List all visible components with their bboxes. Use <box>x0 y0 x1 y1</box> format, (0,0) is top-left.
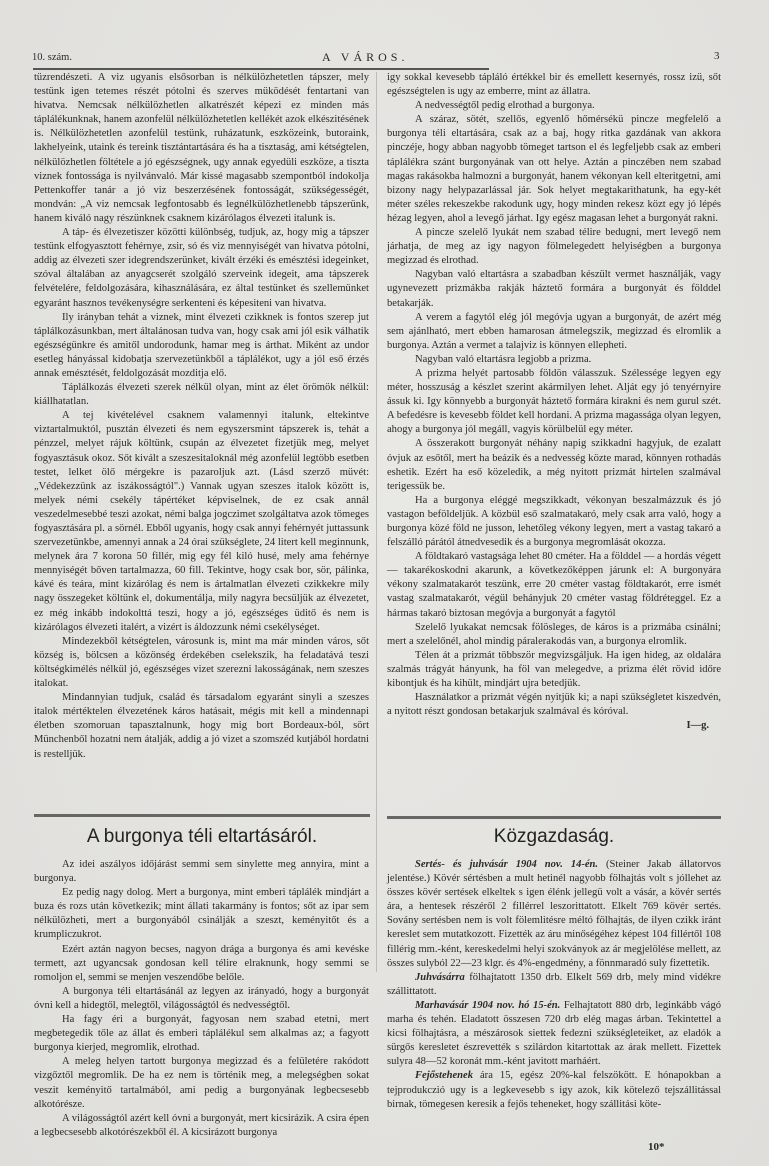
paragraph: Ezért aztán nagyon becses, nagyon drága … <box>34 943 369 985</box>
paragraph: Az idei aszályos időjárást semmi sem sin… <box>34 858 369 886</box>
paragraph: tüzrendészeti. A viz ugyanis elsősorban … <box>34 71 369 226</box>
left-column: tüzrendészeti. A viz ugyanis elsősorban … <box>34 71 369 762</box>
article-title-kozgazdasag: Közgazdaság. <box>387 826 721 848</box>
author-signature: I—g. <box>387 719 721 733</box>
paragraph: Nagyban való eltartásra a szabadban kész… <box>387 268 721 310</box>
right-column: igy sokkal kevesebb tápláló értékkel bir… <box>387 71 721 733</box>
article-burgonya-body: Az idei aszályos időjárást semmi sem sin… <box>34 858 369 1140</box>
header-divider <box>33 68 489 70</box>
paragraph: A pincze szelelő lyukát nem szabad télir… <box>387 226 721 268</box>
paragraph: A verem a fagytól elég jól megóvja ugyan… <box>387 311 721 353</box>
paragraph: A tej kivételével csaknem valamennyi ita… <box>34 409 369 635</box>
paragraph-lead: Fejőstehenek <box>415 1070 473 1081</box>
section-divider <box>387 816 721 819</box>
paragraph: Ily irányban tehát a viznek, mint élveze… <box>34 311 369 381</box>
paragraph-lead: Sertés- és juhvásár 1904 nov. 14-én. <box>415 859 598 870</box>
page-header: 10. szám. A VÁROS. 3 <box>32 48 488 66</box>
issue-number: 10. szám. <box>32 52 72 63</box>
paragraph: Fejőstehenek ára 15, egész 20%-kal felsz… <box>387 1069 721 1111</box>
paragraph-text: (Steiner Jakab állatorvos jelentése.) Kö… <box>387 859 721 969</box>
signature-mark: 10* <box>648 1141 665 1153</box>
newspaper-page: 10. szám. A VÁROS. 3 tüzrendészeti. A vi… <box>0 0 769 1166</box>
paragraph: igy sokkal kevesebb tápláló értékkel bir… <box>387 71 721 99</box>
column-divider <box>376 72 377 972</box>
paragraph: A nedvességtől pedig elrothad a burgonya… <box>387 99 721 113</box>
newspaper-title: A VÁROS. <box>322 50 408 65</box>
paragraph-lead: Marhavásár 1904 nov. hó 15-én. <box>415 1000 560 1011</box>
paragraph: A burgonya téli eltartásánál az legyen a… <box>34 985 369 1013</box>
page-number: 3 <box>714 50 720 62</box>
paragraph: Nagyban való eltartásra legjobb a prizma… <box>387 353 721 367</box>
paragraph: Juhvásárra fölhajtatott 1350 drb. Elkelt… <box>387 971 721 999</box>
paragraph: Marhavásár 1904 nov. hó 15-én. Felhajtat… <box>387 999 721 1069</box>
paragraph: Használatkor a prizmát végén nyitjük ki;… <box>387 691 721 719</box>
paragraph: Ha fagy éri a burgonyát, fagyosan nem sz… <box>34 1013 369 1055</box>
paragraph: Ha a burgonya eléggé megszikkadt, vékony… <box>387 494 721 550</box>
paragraph: A meleg helyen tartott burgonya megizzad… <box>34 1055 369 1111</box>
paragraph: Mindezekből kétségtelen, városunk is, mi… <box>34 635 369 691</box>
section-divider <box>34 814 370 817</box>
paragraph: Télen át a prizmát többször megvizsgálju… <box>387 649 721 691</box>
paragraph: Táplálkozás élvezeti szerek nélkül olyan… <box>34 381 369 409</box>
paragraph: A prizma helyét partosabb földön válassz… <box>387 367 721 437</box>
paragraph: A összerakott burgonyát néhány napig szi… <box>387 437 721 493</box>
paragraph: Sertés- és juhvásár 1904 nov. 14-én. (St… <box>387 858 721 971</box>
paragraph: Ez pedig nagy dolog. Mert a burgonya, mi… <box>34 886 369 942</box>
paragraph: A földtakaró vastagsága lehet 80 cméter.… <box>387 550 721 620</box>
paragraph: Szelelő lyukakat nemcsak fölösleges, de … <box>387 621 721 649</box>
article-kozgazdasag-body: Sertés- és juhvásár 1904 nov. 14-én. (St… <box>387 858 721 1112</box>
paragraph: A világosságtól azért kell óvni a burgon… <box>34 1112 369 1140</box>
paragraph: Mindannyian tudjuk, család és társadalom… <box>34 691 369 761</box>
article-title-burgonya: A burgonya téli eltartásáról. <box>34 826 370 848</box>
paragraph: A táp- és élvezetiszer közötti különbség… <box>34 226 369 311</box>
paragraph-lead: Juhvásárra <box>415 972 465 983</box>
paragraph: A száraz, sötét, szellős, egyenlő hőmérs… <box>387 113 721 226</box>
